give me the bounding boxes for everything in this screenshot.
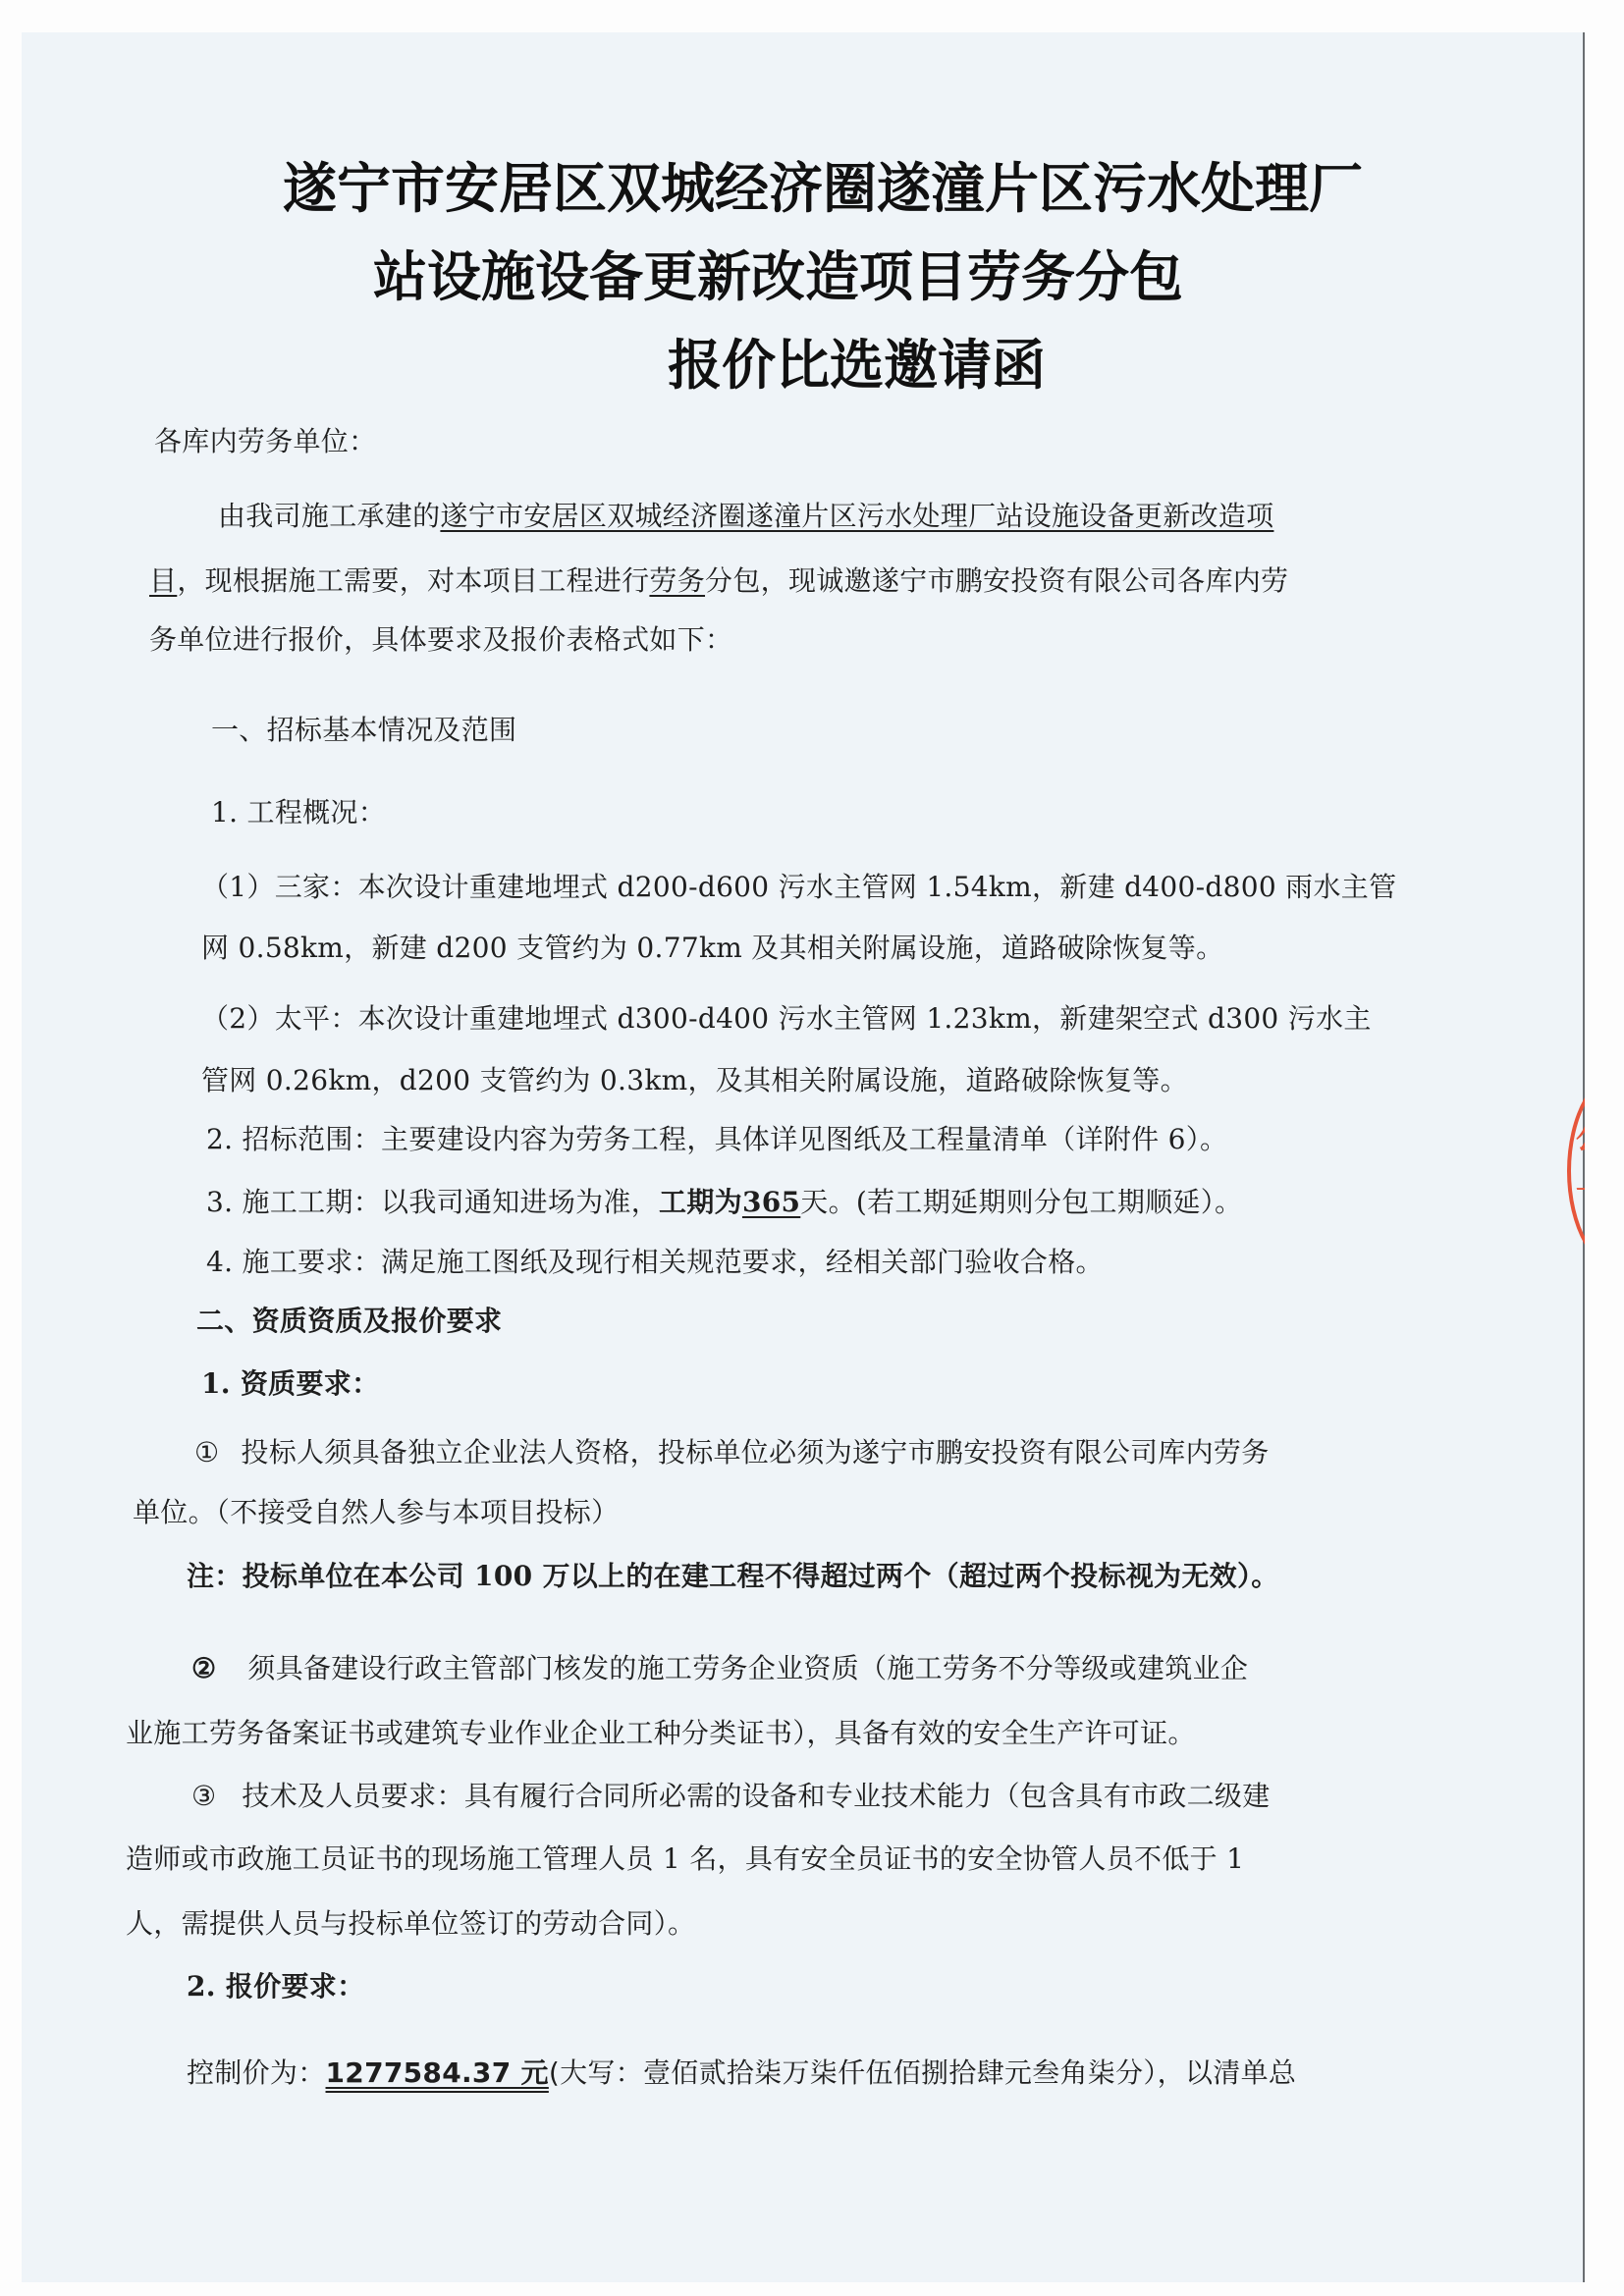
req-3-line-1: ③技术及人员要求：具有履行合同所必需的设备和专业技术能力（包含具有市政二级建 <box>191 1779 1271 1814</box>
intro-line-3: 务单位进行报价，具体要求及报价表格式如下： <box>149 622 732 658</box>
item-1-label: 1. 工程概况： <box>211 795 386 830</box>
req-1-marker: ① <box>194 1436 219 1468</box>
req-2-marker: ② <box>191 1652 216 1684</box>
intro-text: ，现诚邀遂宁市鹏安投资有限公司各库内劳 <box>761 564 1289 597</box>
sub-item-1-line-2: 网 0.58km，新建 d200 支管约为 0.77km 及其相关附属设施，道路… <box>201 931 1223 966</box>
control-price-value: 1277584.37 元 <box>326 2056 549 2089</box>
sub-item-2-line-1: （2）太平：本次设计重建地埋式 d300-d400 污水主管网 1.23km，新… <box>201 1001 1372 1037</box>
title-line-2: 站设施设备更新改造项目劳务分包 <box>373 245 1183 308</box>
intro-line-2: 目，现根据施工需要，对本项目工程进行劳务分包，现诚邀遂宁市鹏安投资有限公司各库内… <box>149 563 1288 599</box>
pricing-heading: 2. 报价要求： <box>187 1969 364 2004</box>
item-3-text-end: 天。(若工期延期则分包工期顺延）。 <box>800 1186 1242 1218</box>
intro-text: ，现根据施工需要，对本项目工程进行 <box>177 564 649 597</box>
title-line-1: 遂宁市安居区双城经济圈遂潼片区污水处理厂 <box>283 157 1363 220</box>
intro-text: 由我司施工承建的 <box>218 500 440 532</box>
item-4: 4. 施工要求：满足施工图纸及现行相关规范要求，经相关部门验收合格。 <box>206 1245 1104 1280</box>
req-2-line-2: 业施工劳务备案证书或建筑专业作业企业工种分类证书），具备有效的安全生产许可证。 <box>126 1716 1196 1751</box>
req-3-text: 技术及人员要求：具有履行合同所必需的设备和专业技术能力（包含具有市政二级建 <box>242 1780 1270 1812</box>
control-price-line: 控制价为：1277584.37 元(大写：壹佰贰拾柒万柒仟伍佰捌拾肆元叁角柒分）… <box>187 2056 1296 2091</box>
labor-underlined: 劳务 <box>649 564 705 597</box>
sub-item-1-line-1: （1）三家：本次设计重建地埋式 d200-d600 污水主管网 1.54km，新… <box>201 870 1396 905</box>
title-line-3: 报价比选邀请函 <box>668 334 1046 397</box>
intro-line-1: 由我司施工承建的遂宁市安居区双城经济圈遂潼片区污水处理厂站设施设备更新改造项 <box>218 499 1273 534</box>
req-3-line-2: 造师或市政施工员证书的现场施工管理人员 1 名，具有安全员证书的安全协管人员不低… <box>126 1842 1244 1877</box>
control-price-label: 控制价为： <box>187 2056 326 2089</box>
qualification-heading: 1. 资质要求： <box>201 1366 379 1402</box>
req-1-line-1: ①投标人须具备独立企业法人资格，投标单位必须为遂宁市鹏安投资有限公司库内劳务 <box>194 1435 1270 1470</box>
req-1-text: 投标人须具备独立企业法人资格，投标单位必须为遂宁市鹏安投资有限公司库内劳务 <box>241 1436 1269 1468</box>
section-1-heading: 一、招标基本情况及范围 <box>211 713 516 748</box>
req-3-marker: ③ <box>191 1780 216 1812</box>
project-name: 遂宁市安居区双城经济圈遂潼片区污水处理厂站设施设备更新改造项 <box>440 500 1273 532</box>
section-2-heading: 二、资质资质及报价要求 <box>196 1304 502 1339</box>
salutation: 各库内劳务单位： <box>154 424 376 459</box>
duration-days: 365 <box>742 1186 800 1218</box>
control-price-words: (大写：壹佰贰拾柒万柒仟伍佰捌拾肆元叁角柒分），以清单总 <box>549 2056 1296 2089</box>
page-margin <box>1585 982 1624 1374</box>
req-1-line-2: 单位。（不接受自然人参与本项目投标） <box>133 1495 619 1530</box>
duration-label: 工期为 <box>659 1186 742 1218</box>
req-2-line-1: ②须具备建设行政主管部门核发的施工劳务企业资质（施工劳务不分等级或建筑业企 <box>191 1651 1248 1686</box>
item-2: 2. 招标范围：主要建设内容为劳务工程，具体详见图纸及工程量清单（详附件 6）。 <box>206 1122 1227 1157</box>
req-2-text: 须具备建设行政主管部门核发的施工劳务企业资质（施工劳务不分等级或建筑业企 <box>247 1652 1248 1684</box>
project-name-end: 目 <box>149 564 177 597</box>
intro-text: 分包 <box>705 564 761 597</box>
note: 注：投标单位在本公司 100 万以上的在建工程不得超过两个（超过两个投标视为无效… <box>187 1559 1279 1594</box>
item-3: 3. 施工工期：以我司通知进场为准，工期为365天。(若工期延期则分包工期顺延）… <box>206 1185 1242 1220</box>
sub-item-2-line-2: 管网 0.26km，d200 支管约为 0.3km，及其相关附属设施，道路破除恢… <box>201 1063 1188 1098</box>
req-3-line-3: 人，需提供人员与投标单位签订的劳动合同）。 <box>126 1906 695 1942</box>
item-3-text: 3. 施工工期：以我司通知进场为准， <box>206 1186 659 1218</box>
